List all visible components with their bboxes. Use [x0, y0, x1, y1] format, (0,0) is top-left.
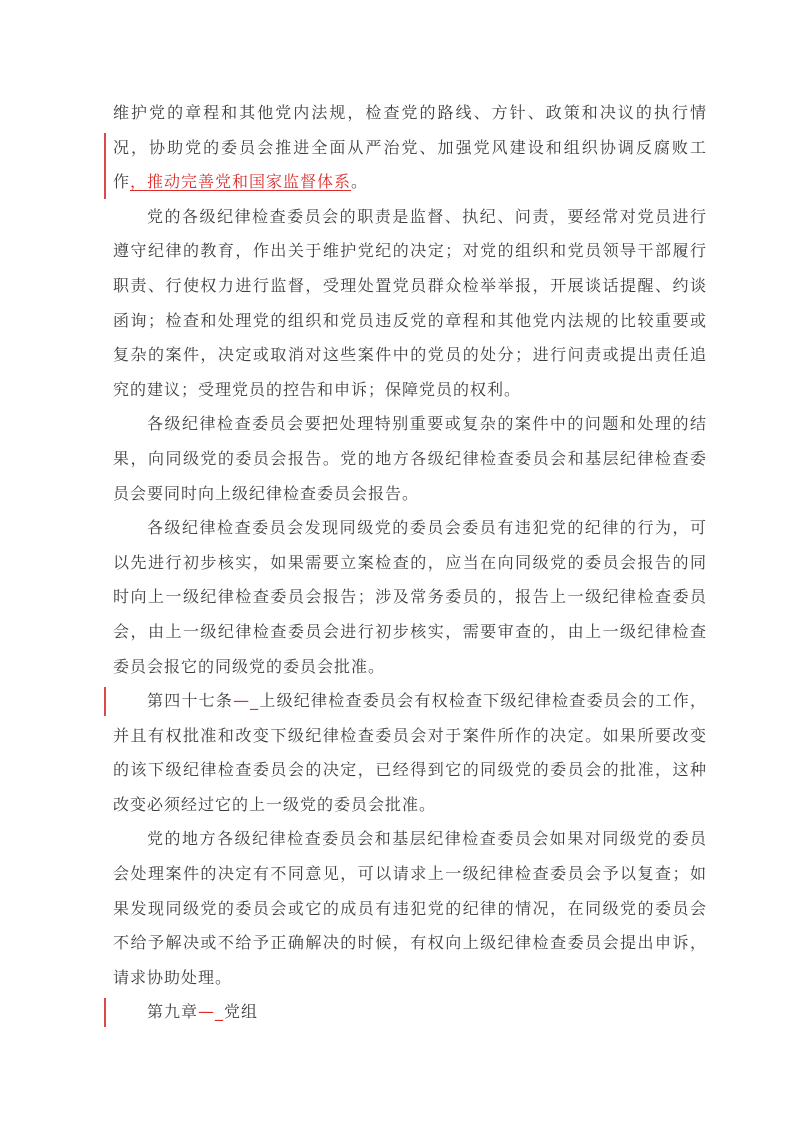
body-text-run: 党的地方各级纪律检查委员会和基层纪律检查委员会如果对同级党的委员会处理案件的决定…	[113, 829, 707, 986]
paragraph-3[interactable]: 各级纪律检查委员会要把处理特别重要或复杂的案件中的问题和处理的结果，向同级党的委…	[113, 407, 707, 511]
paragraph-1[interactable]: 维护党的章程和其他党内法规，检查党的路线、方针、政策和决议的执行情况，协助党的委…	[113, 96, 707, 200]
revision-change-bar	[104, 998, 106, 1027]
article-number-text: 第四十七条	[147, 691, 233, 710]
chapter-number-text: 第九章	[147, 1002, 198, 1021]
revision-dash-mark: —_	[233, 691, 259, 710]
body-text-run: 各级纪律检查委员会发现同级党的委员会委员有违犯党的纪律的行为，可以先进行初步核实…	[113, 518, 707, 675]
document-text-block[interactable]: 维护党的章程和其他党内法规，检查党的路线、方针、政策和决议的执行情况，协助党的委…	[113, 96, 707, 1030]
paragraph-5-article-47[interactable]: 第四十七条—_上级纪律检查委员会有权检查下级纪律检查委员会的工作，并且有权批准和…	[113, 684, 707, 822]
revision-change-bar	[104, 133, 106, 199]
inserted-text-run: ，推动完善党和国家监督体系	[130, 172, 351, 191]
revision-change-bar	[104, 687, 106, 716]
revision-dash-mark: —_	[198, 1002, 224, 1021]
document-page: 维护党的章程和其他党内法规，检查党的路线、方针、政策和决议的执行情况，协助党的委…	[0, 0, 793, 1121]
body-text-run: 党的各级纪律检查委员会的职责是监督、执纪、问责，要经常对党员进行遵守纪律的教育，…	[113, 207, 707, 399]
paragraph-2[interactable]: 党的各级纪律检查委员会的职责是监督、执纪、问责，要经常对党员进行遵守纪律的教育，…	[113, 200, 707, 408]
paragraph-6[interactable]: 党的地方各级纪律检查委员会和基层纪律检查委员会如果对同级党的委员会处理案件的决定…	[113, 822, 707, 995]
chapter-title-text: 党组	[224, 1002, 258, 1021]
paragraph-7-chapter-9-heading[interactable]: 第九章—_党组	[113, 995, 707, 1030]
paragraph-4[interactable]: 各级纪律检查委员会发现同级党的委员会委员有违犯党的纪律的行为，可以先进行初步核实…	[113, 511, 707, 684]
body-text-run: 各级纪律检查委员会要把处理特别重要或复杂的案件中的问题和处理的结果，向同级党的委…	[113, 414, 707, 502]
body-text-run: 。	[351, 172, 368, 191]
